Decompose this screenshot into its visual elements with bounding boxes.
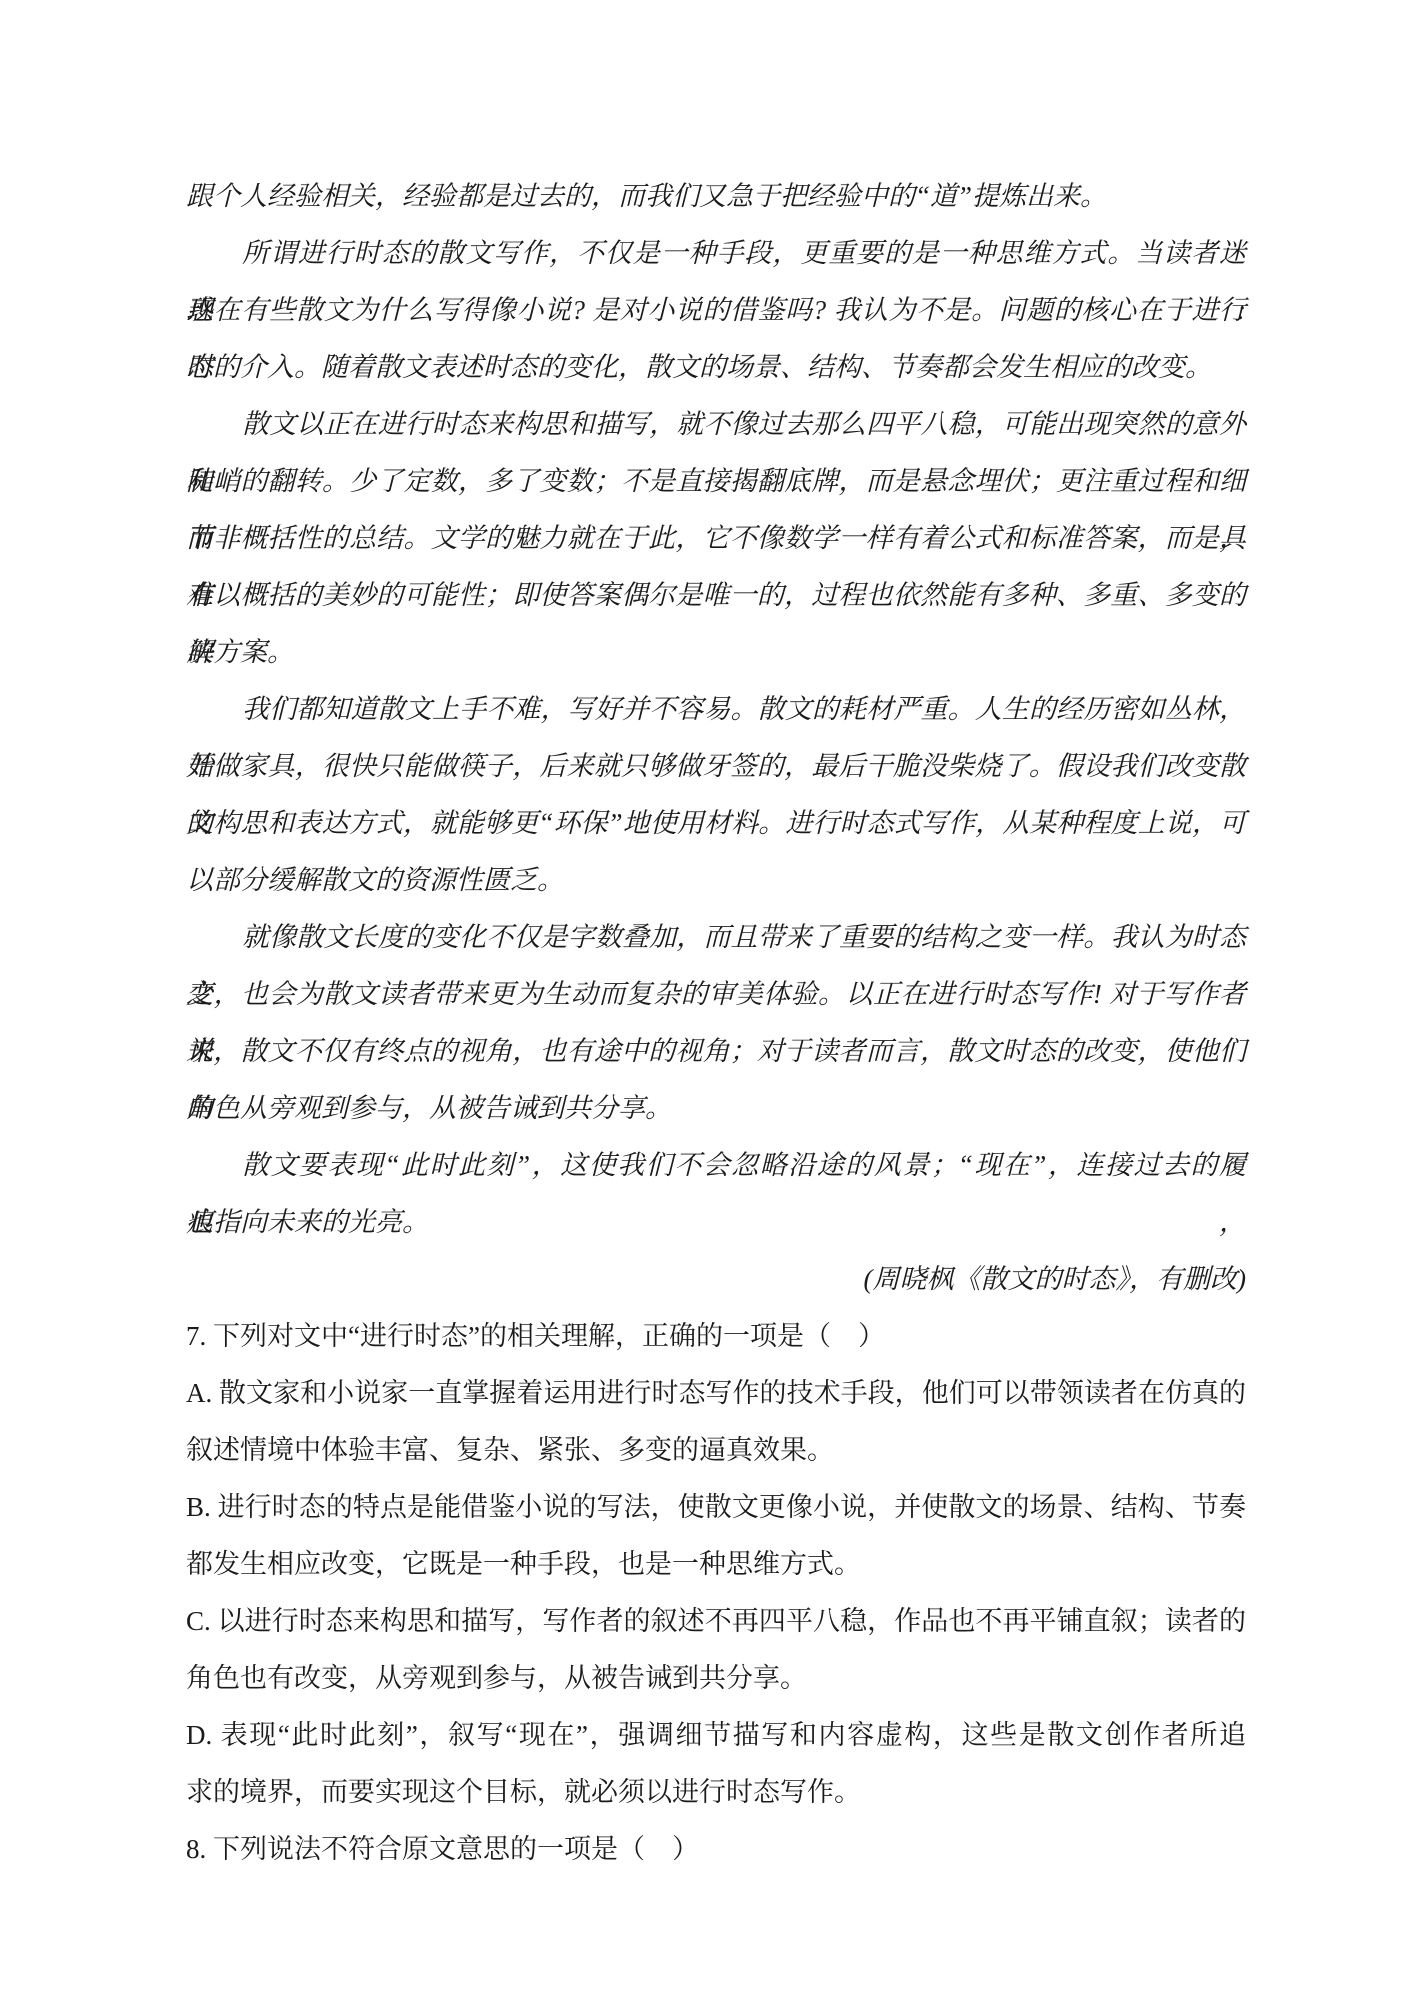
question-7-option-b: B. 进行时态的特点是能借鉴小说的写法，使散文更像小说，并使散文的场景、结构、节… [186, 1479, 1246, 1536]
article-line: 变，也会为散文读者带来更为生动而复杂的审美体验。以正在进行时态写作! 对于写作者… [186, 966, 1246, 1023]
article-line: 陡峭的翻转。少了定数，多了变数；不是直接揭翻底牌，而是悬念埋伏；更注重过程和细节… [186, 453, 1246, 510]
question-7-option-d: D. 表现“此时此刻”，叙写“现在”，强调细节描写和内容虚构，这些是散文创作者所… [186, 1707, 1246, 1764]
question-7-option-c: 角色也有改变，从旁观到参与，从被告诫到共分享。 [186, 1650, 1246, 1707]
question-8-stem: 8. 下列说法不符合原文意思的一项是（ ） [186, 1821, 1246, 1878]
article-line: 难以概括的美妙的可能性；即使答案偶尔是唯一的，过程也依然能有多种、多重、多变的解 [186, 567, 1246, 624]
question-7-stem: 7. 下列对文中“进行时态”的相关理解，正确的一项是（ ） [186, 1308, 1246, 1365]
article-line: 的构思和表达方式，就能够更“环保”地使用材料。进行时态式写作，从某种程度上说，可 [186, 795, 1246, 852]
article-line: 所谓进行时态的散文写作，不仅是一种手段，更重要的是一种思维方式。当读者迷惑: [186, 225, 1246, 282]
article-line: 散文以正在进行时态来构思和描写，就不像过去那么四平八稳，可能出现突然的意外和 [186, 396, 1246, 453]
question-7-option-d: 求的境界，而要实现这个目标，就必须以进行时态写作。 [186, 1764, 1246, 1821]
article-line: 态的介入。随着散文表述时态的变化，散文的场景、结构、节奏都会发生相应的改变。 [186, 339, 1246, 396]
article-line: 就像散文长度的变化不仅是字数叠加，而且带来了重要的结构之变一样。我认为时态之 [186, 909, 1246, 966]
article-line: 而非概括性的总结。文学的魅力就在于此，它不像数学一样有着公式和标准答案，而是具有 [186, 510, 1246, 567]
article-line: 散文要表现“此时此刻”，这使我们不会忽略沿途的风景；“现在”，连接过去的履痕， [186, 1137, 1246, 1194]
article-line: 始做家具，很快只能做筷子，后来就只够做牙签的，最后干脆没柴烧了。假设我们改变散文 [186, 738, 1246, 795]
question-7-option-a: A. 散文家和小说家一直掌握着运用进行时态写作的技术手段，他们可以带领读者在仿真… [186, 1365, 1246, 1422]
article-line: 角色从旁观到参与，从被告诫到共分享。 [186, 1080, 1246, 1137]
text-block: 跟个人经验相关，经验都是过去的，而我们又急于把经验中的“道”提炼出来。 所谓进行… [186, 168, 1246, 1878]
article-line: 我们都知道散文上手不难，写好并不容易。散文的耗材严重。人生的经历密如丛林，开 [186, 681, 1246, 738]
article-line: 决方案。 [186, 624, 1246, 681]
article-line: 说，散文不仅有终点的视角，也有途中的视角；对于读者而言，散文时态的改变，使他们的 [186, 1023, 1246, 1080]
question-7-option-a: 叙述情境中体验丰富、复杂、紧张、多变的逼真效果。 [186, 1422, 1246, 1479]
article-line: 跟个人经验相关，经验都是过去的，而我们又急于把经验中的“道”提炼出来。 [186, 168, 1246, 225]
article-attribution: (周晓枫《散文的时态》，有删改) [186, 1251, 1246, 1308]
article-line: 以部分缓解散文的资源性匮乏。 [186, 852, 1246, 909]
question-7-option-c: C. 以进行时态来构思和描写，写作者的叙述不再四平八稳，作品也不再平铺直叙；读者… [186, 1593, 1246, 1650]
article-line: 现在有些散文为什么写得像小说? 是对小说的借鉴吗? 我认为不是。问题的核心在于进… [186, 282, 1246, 339]
document-page: 跟个人经验相关，经验都是过去的，而我们又急于把经验中的“道”提炼出来。 所谓进行… [0, 0, 1411, 1995]
question-7-option-b: 都发生相应改变，它既是一种手段，也是一种思维方式。 [186, 1536, 1246, 1593]
